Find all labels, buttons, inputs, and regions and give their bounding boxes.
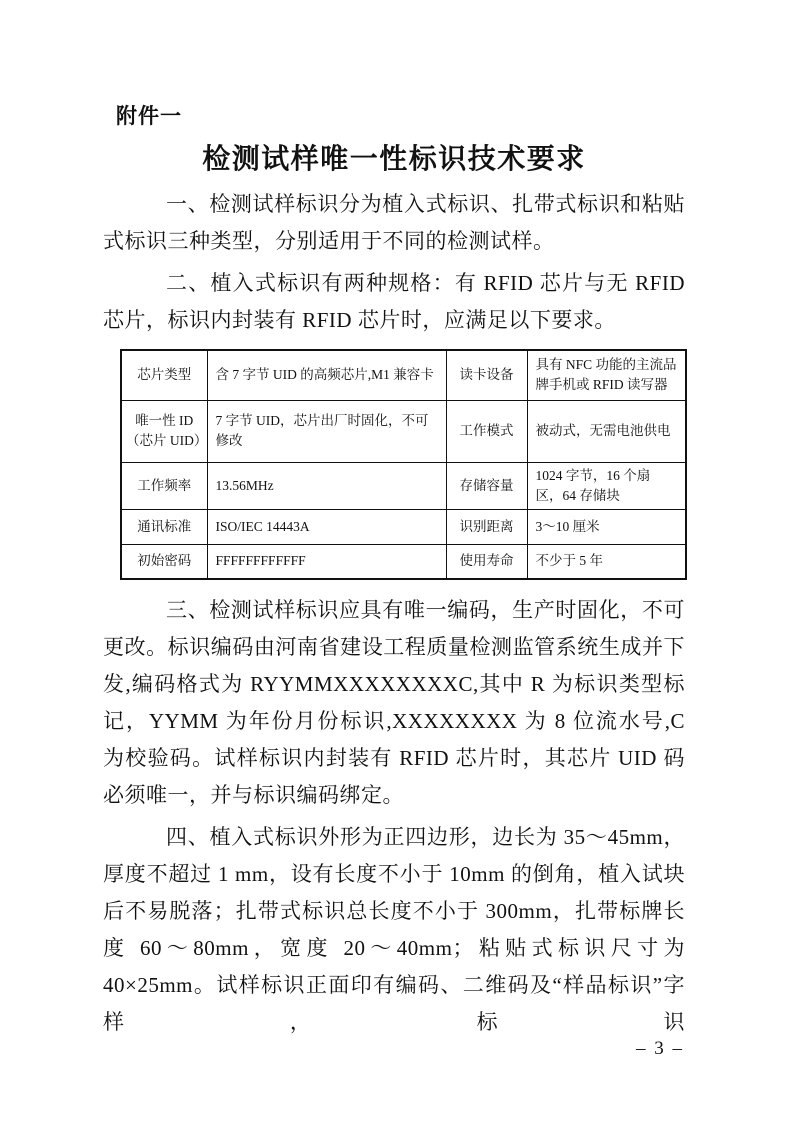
spec-value: 被动式，无需电池供电 bbox=[527, 400, 686, 462]
spec-value: ISO/IEC 14443A bbox=[207, 509, 446, 544]
paragraph-4: 四、植入式标识外形为正四边形，边长为 35～45mm，厚度不超过 1 mm，设有… bbox=[103, 819, 685, 1041]
spec-label: 存储容量 bbox=[446, 462, 527, 509]
paragraph-1: 一、检测试样标识分为植入式标识、扎带式标识和粘贴式标识三种类型，分别适用于不同的… bbox=[103, 186, 685, 260]
page-number: – 3 – bbox=[636, 1038, 684, 1060]
spec-value: 具有 NFC 功能的主流品牌手机或 RFID 读写器 bbox=[527, 350, 686, 400]
table-row: 唯一性 ID （芯片 UID） 7 字节 UID，芯片出厂时固化，不可修改 工作… bbox=[121, 400, 686, 462]
spec-table: 芯片类型 含 7 字节 UID 的高频芯片,M1 兼容卡 读卡设备 具有 NFC… bbox=[120, 349, 687, 580]
spec-label: 识别距离 bbox=[446, 509, 527, 544]
table-row: 芯片类型 含 7 字节 UID 的高频芯片,M1 兼容卡 读卡设备 具有 NFC… bbox=[121, 350, 686, 400]
table-row: 初始密码 FFFFFFFFFFFF 使用寿命 不少于 5 年 bbox=[121, 544, 686, 579]
paragraph-3: 三、检测试样标识应具有唯一编码，生产时固化，不可更改。标识编码由河南省建设工程质… bbox=[103, 592, 685, 814]
document-page: 附件一 检测试样唯一性标识技术要求 一、检测试样标识分为植入式标识、扎带式标识和… bbox=[0, 0, 800, 1131]
page-title: 检测试样唯一性标识技术要求 bbox=[103, 137, 685, 177]
spec-value: FFFFFFFFFFFF bbox=[207, 544, 446, 579]
document-body: 一、检测试样标识分为植入式标识、扎带式标识和粘贴式标识三种类型，分别适用于不同的… bbox=[103, 186, 685, 1046]
attachment-label: 附件一 bbox=[116, 100, 182, 130]
table-row: 通讯标准 ISO/IEC 14443A 识别距离 3～10 厘米 bbox=[121, 509, 686, 544]
spec-label: 使用寿命 bbox=[446, 544, 527, 579]
spec-label: 唯一性 ID （芯片 UID） bbox=[121, 400, 207, 462]
spec-label: 初始密码 bbox=[121, 544, 207, 579]
spec-label: 工作模式 bbox=[446, 400, 527, 462]
spec-label: 读卡设备 bbox=[446, 350, 527, 400]
spec-value: 含 7 字节 UID 的高频芯片,M1 兼容卡 bbox=[207, 350, 446, 400]
spec-value: 不少于 5 年 bbox=[527, 544, 686, 579]
spec-value: 1024 字节，16 个扇区，64 存储块 bbox=[527, 462, 686, 509]
table-row: 工作频率 13.56MHz 存储容量 1024 字节，16 个扇区，64 存储块 bbox=[121, 462, 686, 509]
spec-value: 13.56MHz bbox=[207, 462, 446, 509]
spec-label: 芯片类型 bbox=[121, 350, 207, 400]
spec-value: 7 字节 UID，芯片出厂时固化，不可修改 bbox=[207, 400, 446, 462]
spec-value: 3～10 厘米 bbox=[527, 509, 686, 544]
spec-label: 工作频率 bbox=[121, 462, 207, 509]
spec-label: 通讯标准 bbox=[121, 509, 207, 544]
paragraph-2: 二、植入式标识有两种规格：有 RFID 芯片与无 RFID 芯片，标识内封装有 … bbox=[103, 265, 685, 339]
